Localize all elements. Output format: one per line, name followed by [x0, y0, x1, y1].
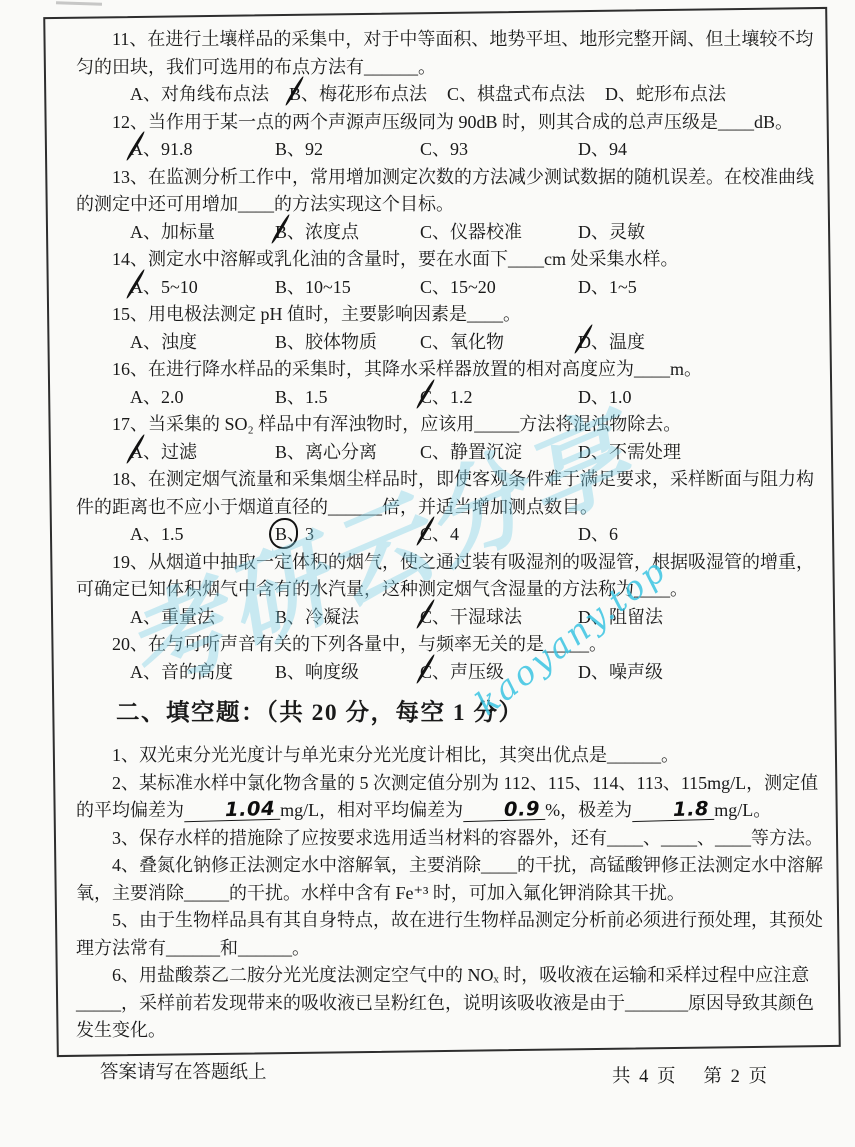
option-text: 3: [305, 524, 314, 544]
option-letter: D、: [578, 136, 609, 164]
handwritten-slash-mark: A、: [130, 274, 161, 302]
option-c: C、15~20: [420, 274, 558, 302]
option-text: 1.5: [161, 524, 184, 544]
option-d: D、1~5: [578, 274, 637, 302]
option-letter: A、: [130, 659, 161, 687]
question-text: 18、在测定烟气流量和采集烟尘样品时，即使客观条件难于满足要求，采样断面与阻力构…: [76, 466, 824, 521]
option-c: C、氧化物: [420, 329, 558, 357]
option-letter: A、: [130, 521, 161, 549]
option-a: A、2.0: [130, 384, 255, 412]
handwritten-slash-mark: C、: [420, 384, 450, 412]
option-text: 1.5: [305, 387, 328, 407]
option-a: A、音的高度: [130, 659, 255, 687]
options-row: A、加标量 B、浓度点 C、仪器校准 D、灵敏: [76, 219, 824, 247]
option-text: 浓度点: [305, 222, 359, 242]
option-b: B、梅花形布点法: [289, 81, 427, 109]
footer-page-info: 共 4 页第 2 页: [612, 1062, 769, 1088]
option-letter: C、: [420, 329, 450, 357]
fill-q2-text-3: %，极差为: [545, 800, 632, 820]
option-b: B、1.5: [275, 384, 400, 412]
option-text: 浊度: [161, 332, 197, 352]
handwritten-slash-mark: A、: [130, 439, 161, 467]
option-letter: B、: [275, 136, 305, 164]
option-a: A、加标量: [130, 219, 255, 247]
option-letter: D、: [605, 81, 636, 109]
handwritten-slash-mark: D、: [578, 329, 609, 357]
question-text: 15、用电极法测定 pH 值时，主要影响因素是____。: [76, 301, 824, 329]
option-c: C、93: [420, 136, 558, 164]
option-letter: A、: [130, 219, 161, 247]
exam-page-content: 11、在进行土壤样品的采集中，对于中等面积、地势平坦、地形完整开阔、但土壤较不均…: [76, 26, 824, 1045]
options-row: A、1.5 B、3 C、4 D、6: [76, 521, 824, 549]
options-row: A、2.0 B、1.5 C、1.2 D、1.0: [76, 384, 824, 412]
option-c: C、仪器校准: [420, 219, 558, 247]
fill-question-6: 6、用盐酸萘乙二胺分光光度法测定空气中的 NOₓ 时，吸收液在运输和采样过程中应…: [76, 962, 824, 1045]
fill-question-5: 5、由于生物样品具有其自身特点，故在进行生物样品测定分析前必须进行预处理，其预处…: [76, 907, 824, 962]
option-b: B、10~15: [275, 274, 400, 302]
option-a: A、浊度: [130, 329, 255, 357]
options-row: A、过滤 B、离心分离 C、静置沉淀 D、不需处理: [76, 439, 824, 467]
option-letter: C、: [420, 439, 450, 467]
option-text: 灵敏: [609, 222, 645, 242]
option-a: A、过滤: [130, 439, 255, 467]
option-letter: B、: [275, 659, 305, 687]
fill-question-3: 3、保存水样的措施除了应按要求选用适当材料的容器外，还有____、____、__…: [76, 825, 824, 853]
fill-question-4: 4、叠氮化钠修正法测定水中溶解氧，主要消除____的干扰，高锰酸钾修正法测定水中…: [76, 852, 824, 907]
option-text: 仪器校准: [450, 222, 522, 242]
handwritten-slash-mark: C、: [420, 659, 450, 687]
question-15: 15、用电极法测定 pH 值时，主要影响因素是____。 A、浊度 B、胶体物质…: [76, 301, 824, 356]
option-text: 重量法: [161, 607, 215, 627]
option-d: D、6: [578, 521, 618, 549]
option-letter: D、: [578, 274, 609, 302]
option-letter: D、: [578, 384, 609, 412]
option-letter: B、: [275, 274, 305, 302]
question-text: 14、测定水中溶解或乳化油的含量时，要在水面下____cm 处采集水样。: [76, 246, 824, 274]
option-c: C、棋盘式布点法: [447, 81, 585, 109]
option-d: D、灵敏: [578, 219, 645, 247]
option-text: 91.8: [161, 139, 193, 159]
question-text: 16、在进行降水样品的采集时，其降水采样器放置的相对高度应为____m。: [76, 356, 824, 384]
option-b: B、92: [275, 136, 400, 164]
option-text: 2.0: [161, 387, 184, 407]
options-row: A、对角线布点法 B、梅花形布点法 C、棋盘式布点法 D、蛇形布点法: [76, 81, 824, 109]
option-b: B、离心分离: [275, 439, 400, 467]
question-text: 12、当作用于某一点的两个声源声压级同为 90dB 时，则其合成的总声压级是__…: [76, 109, 824, 137]
option-c: C、干湿球法: [420, 604, 558, 632]
option-d: D、阻留法: [578, 604, 663, 632]
option-text: 温度: [609, 332, 645, 352]
option-text: 对角线布点法: [161, 84, 269, 104]
option-b: B、冷凝法: [275, 604, 400, 632]
footer-total-pages: 共 4 页: [612, 1067, 678, 1087]
question-14: 14、测定水中溶解或乳化油的含量时，要在水面下____cm 处采集水样。 A、5…: [76, 246, 824, 301]
footer-current-page: 第 2 页: [704, 1067, 770, 1087]
option-text: 噪声级: [609, 662, 663, 682]
option-text: 93: [450, 139, 468, 159]
option-letter: A、: [130, 329, 161, 357]
question-12: 12、当作用于某一点的两个声源声压级同为 90dB 时，则其合成的总声压级是__…: [76, 109, 824, 164]
options-row: A、5~10 B、10~15 C、15~20 D、1~5: [76, 274, 824, 302]
question-text: 19、从烟道中抽取一定体积的烟气，使之通过装有吸湿剂的吸湿管，根据吸湿管的增重，…: [76, 549, 824, 604]
option-text: 加标量: [161, 222, 215, 242]
handwritten-mean-deviation-value: 1.04: [184, 798, 281, 823]
option-letter: A、: [130, 604, 161, 632]
fill-question-1: 1、双光束分光光度计与单光束分光光度计相比，其突出优点是______。: [76, 742, 824, 770]
option-text: 6: [609, 524, 618, 544]
question-19: 19、从烟道中抽取一定体积的烟气，使之通过装有吸湿剂的吸湿管，根据吸湿管的增重，…: [76, 549, 824, 632]
option-a: A、91.8: [130, 136, 255, 164]
option-d: D、不需处理: [578, 439, 681, 467]
handwritten-slash-mark: C、: [420, 604, 450, 632]
handwritten-slash-mark: C、: [420, 521, 450, 549]
option-text: 音的高度: [161, 662, 233, 682]
option-text: 1.0: [609, 387, 632, 407]
options-row: A、音的高度 B、响度级 C、声压级 D、噪声级: [76, 659, 824, 687]
handwritten-relative-deviation-value: 0.9: [463, 798, 546, 822]
option-letter: D、: [578, 521, 609, 549]
option-text: 干湿球法: [450, 607, 522, 627]
option-a: A、1.5: [130, 521, 255, 549]
option-text: 蛇形布点法: [636, 84, 726, 104]
option-d: D、温度: [578, 329, 645, 357]
option-letter: D、: [578, 439, 609, 467]
option-text: 1~5: [609, 277, 637, 297]
option-letter: B、: [275, 604, 305, 632]
option-text: 冷凝法: [305, 607, 359, 627]
option-text: 声压级: [450, 662, 504, 682]
options-row: A、浊度 B、胶体物质 C、氧化物 D、温度: [76, 329, 824, 357]
option-b: B、响度级: [275, 659, 400, 687]
handwritten-slash-mark: B、: [289, 81, 319, 109]
scan-artifact: [56, 1, 102, 6]
question-11: 11、在进行土壤样品的采集中，对于中等面积、地势平坦、地形完整开阔、但土壤较不均…: [76, 26, 824, 109]
option-text: 4: [450, 524, 459, 544]
question-17: 17、当采集的 SO₂ 样品中有浑浊物时，应该用_____方法将混浊物除去。 A…: [76, 411, 824, 466]
option-text: 10~15: [305, 277, 351, 297]
option-text: 梅花形布点法: [319, 84, 427, 104]
question-text: 13、在监测分析工作中，常用增加测定次数的方法减少测试数据的随机误差。在校准曲线…: [76, 164, 824, 219]
fill-q2-text-2: mg/L，相对平均偏差为: [280, 800, 463, 820]
option-letter: D、: [578, 219, 609, 247]
fill-question-2: 2、某标准水样中氯化物含量的 5 次测定值分别为 112、115、114、113…: [76, 770, 824, 825]
option-text: 棋盘式布点法: [477, 84, 585, 104]
option-text: 氧化物: [450, 332, 504, 352]
option-a: A、5~10: [130, 274, 255, 302]
question-text: 20、在与可听声音有关的下列各量中，与频率无关的是_____。: [76, 631, 824, 659]
option-letter: B、: [275, 384, 305, 412]
options-row: A、91.8 B、92 C、93 D、94: [76, 136, 824, 164]
question-13: 13、在监测分析工作中，常用增加测定次数的方法减少测试数据的随机误差。在校准曲线…: [76, 164, 824, 247]
option-letter: A、: [130, 81, 161, 109]
handwritten-slash-mark: A、: [130, 136, 161, 164]
option-letter: D、: [578, 659, 609, 687]
option-letter: C、: [420, 136, 450, 164]
question-text: 17、当采集的 SO₂ 样品中有浑浊物时，应该用_____方法将混浊物除去。: [76, 411, 824, 439]
option-letter: C、: [447, 81, 477, 109]
question-20: 20、在与可听声音有关的下列各量中，与频率无关的是_____。 A、音的高度 B…: [76, 631, 824, 686]
option-d: D、蛇形布点法: [605, 81, 726, 109]
option-b: B、胶体物质: [275, 329, 400, 357]
option-c: C、静置沉淀: [420, 439, 558, 467]
option-text: 92: [305, 139, 323, 159]
option-letter: C、: [420, 219, 450, 247]
question-18: 18、在测定烟气流量和采集烟尘样品时，即使客观条件难于满足要求，采样断面与阻力构…: [76, 466, 824, 549]
option-text: 离心分离: [305, 442, 377, 462]
option-d: D、1.0: [578, 384, 632, 412]
option-letter: B、: [275, 329, 305, 357]
question-16: 16、在进行降水样品的采集时，其降水采样器放置的相对高度应为____m。 A、2…: [76, 356, 824, 411]
option-letter: A、: [130, 384, 161, 412]
handwritten-range-value: 1.8: [632, 798, 715, 822]
option-d: D、噪声级: [578, 659, 663, 687]
fill-in-section: 1、双光束分光光度计与单光束分光光度计相比，其突出优点是______。 2、某标…: [76, 742, 824, 1045]
option-letter: C、: [420, 274, 450, 302]
option-text: 1.2: [450, 387, 473, 407]
fill-q2-text-4: mg/L。: [714, 800, 771, 820]
option-letter: B、: [275, 439, 305, 467]
option-a: A、对角线布点法: [130, 81, 269, 109]
option-b: B、浓度点: [275, 219, 400, 247]
option-text: 15~20: [450, 277, 496, 297]
option-text: 胶体物质: [305, 332, 377, 352]
handwritten-slash-mark: B、: [275, 219, 305, 247]
option-c: C、声压级: [420, 659, 558, 687]
option-c: C、4: [420, 521, 558, 549]
option-b: B、3: [275, 521, 400, 549]
handwritten-circle-mark: B、: [275, 521, 305, 549]
option-text: 静置沉淀: [450, 442, 522, 462]
option-a: A、重量法: [130, 604, 255, 632]
option-text: 过滤: [161, 442, 197, 462]
question-text: 11、在进行土壤样品的采集中，对于中等面积、地势平坦、地形完整开阔、但土壤较不均…: [76, 26, 824, 81]
options-row: A、重量法 B、冷凝法 C、干湿球法 D、阻留法: [76, 604, 824, 632]
option-c: C、1.2: [420, 384, 558, 412]
option-d: D、94: [578, 136, 627, 164]
option-text: 响度级: [305, 662, 359, 682]
option-letter: D、: [578, 604, 609, 632]
option-text: 阻留法: [609, 607, 663, 627]
option-text: 94: [609, 139, 627, 159]
option-text: 5~10: [161, 277, 198, 297]
footer-answer-note: 答案请写在答题纸上: [100, 1058, 267, 1084]
section-2-heading: 二、填空题：（共 20 分，每空 1 分）: [116, 696, 824, 730]
option-text: 不需处理: [609, 442, 681, 462]
